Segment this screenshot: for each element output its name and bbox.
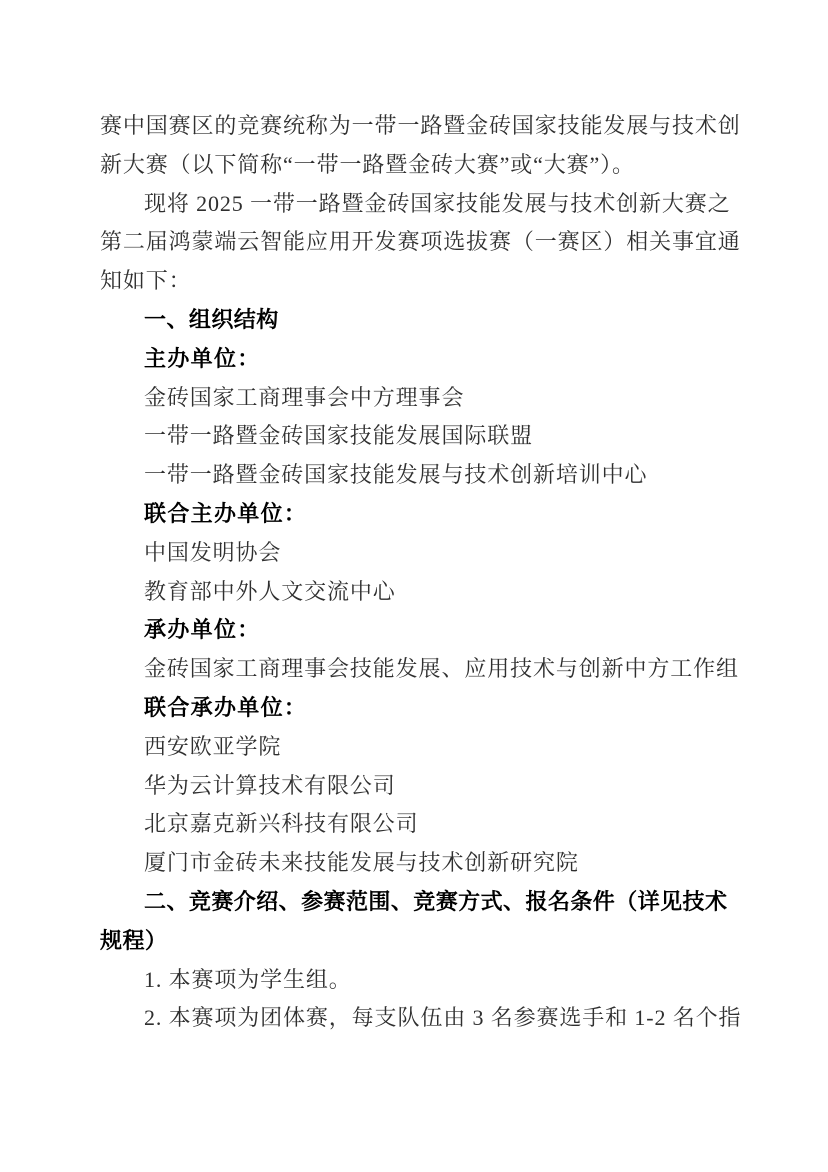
co-organizer-unit-item: 华为云计算技术有限公司 bbox=[100, 767, 728, 806]
subheading-organizer-units: 承办单位： bbox=[100, 611, 728, 650]
host-unit-item: 一带一路暨金砖国家技能发展与技术创新培训中心 bbox=[100, 456, 728, 495]
list-item-1: 1. 本赛项为学生组。 bbox=[100, 961, 728, 1000]
para-notice-line-2: 第二届鸿蒙端云智能应用开发赛项选拔赛（一赛区）相关事宜通 bbox=[100, 223, 728, 262]
document-page: 赛中国赛区的竞赛统称为一带一路暨金砖国家技能发展与技术创 新大赛（以下简称“一带… bbox=[0, 0, 828, 1172]
subheading-co-organizer-units: 联合承办单位： bbox=[100, 689, 728, 728]
para-intro-line-2: 新大赛（以下简称“一带一路暨金砖大赛”或“大赛”）。 bbox=[100, 146, 728, 185]
list-item-2: 2. 本赛项为团体赛，每支队伍由 3 名参赛选手和 1-2 名个指 bbox=[100, 999, 728, 1038]
host-unit-item: 金砖国家工商理事会中方理事会 bbox=[100, 379, 728, 418]
para-notice-line-3: 知如下： bbox=[100, 262, 728, 301]
heading-section-2-line-2: 规程） bbox=[100, 922, 728, 961]
co-host-unit-item: 中国发明协会 bbox=[100, 534, 728, 573]
co-organizer-unit-item: 厦门市金砖未来技能发展与技术创新研究院 bbox=[100, 844, 728, 883]
subheading-co-host-units: 联合主办单位： bbox=[100, 495, 728, 534]
host-unit-item: 一带一路暨金砖国家技能发展国际联盟 bbox=[100, 417, 728, 456]
para-notice-line-1: 现将 2025 一带一路暨金砖国家技能发展与技术创新大赛之 bbox=[100, 185, 728, 224]
co-organizer-unit-item: 北京嘉克新兴科技有限公司 bbox=[100, 805, 728, 844]
organizer-unit-item: 金砖国家工商理事会技能发展、应用技术与创新中方工作组 bbox=[100, 650, 728, 689]
subheading-host-units: 主办单位： bbox=[100, 340, 728, 379]
para-intro-line-1: 赛中国赛区的竞赛统称为一带一路暨金砖国家技能发展与技术创 bbox=[100, 107, 728, 146]
heading-section-2-line-1: 二、竞赛介绍、参赛范围、竞赛方式、报名条件（详见技术 bbox=[100, 883, 728, 922]
heading-section-1: 一、组织结构 bbox=[100, 301, 728, 340]
co-host-unit-item: 教育部中外人文交流中心 bbox=[100, 573, 728, 612]
co-organizer-unit-item: 西安欧亚学院 bbox=[100, 728, 728, 767]
